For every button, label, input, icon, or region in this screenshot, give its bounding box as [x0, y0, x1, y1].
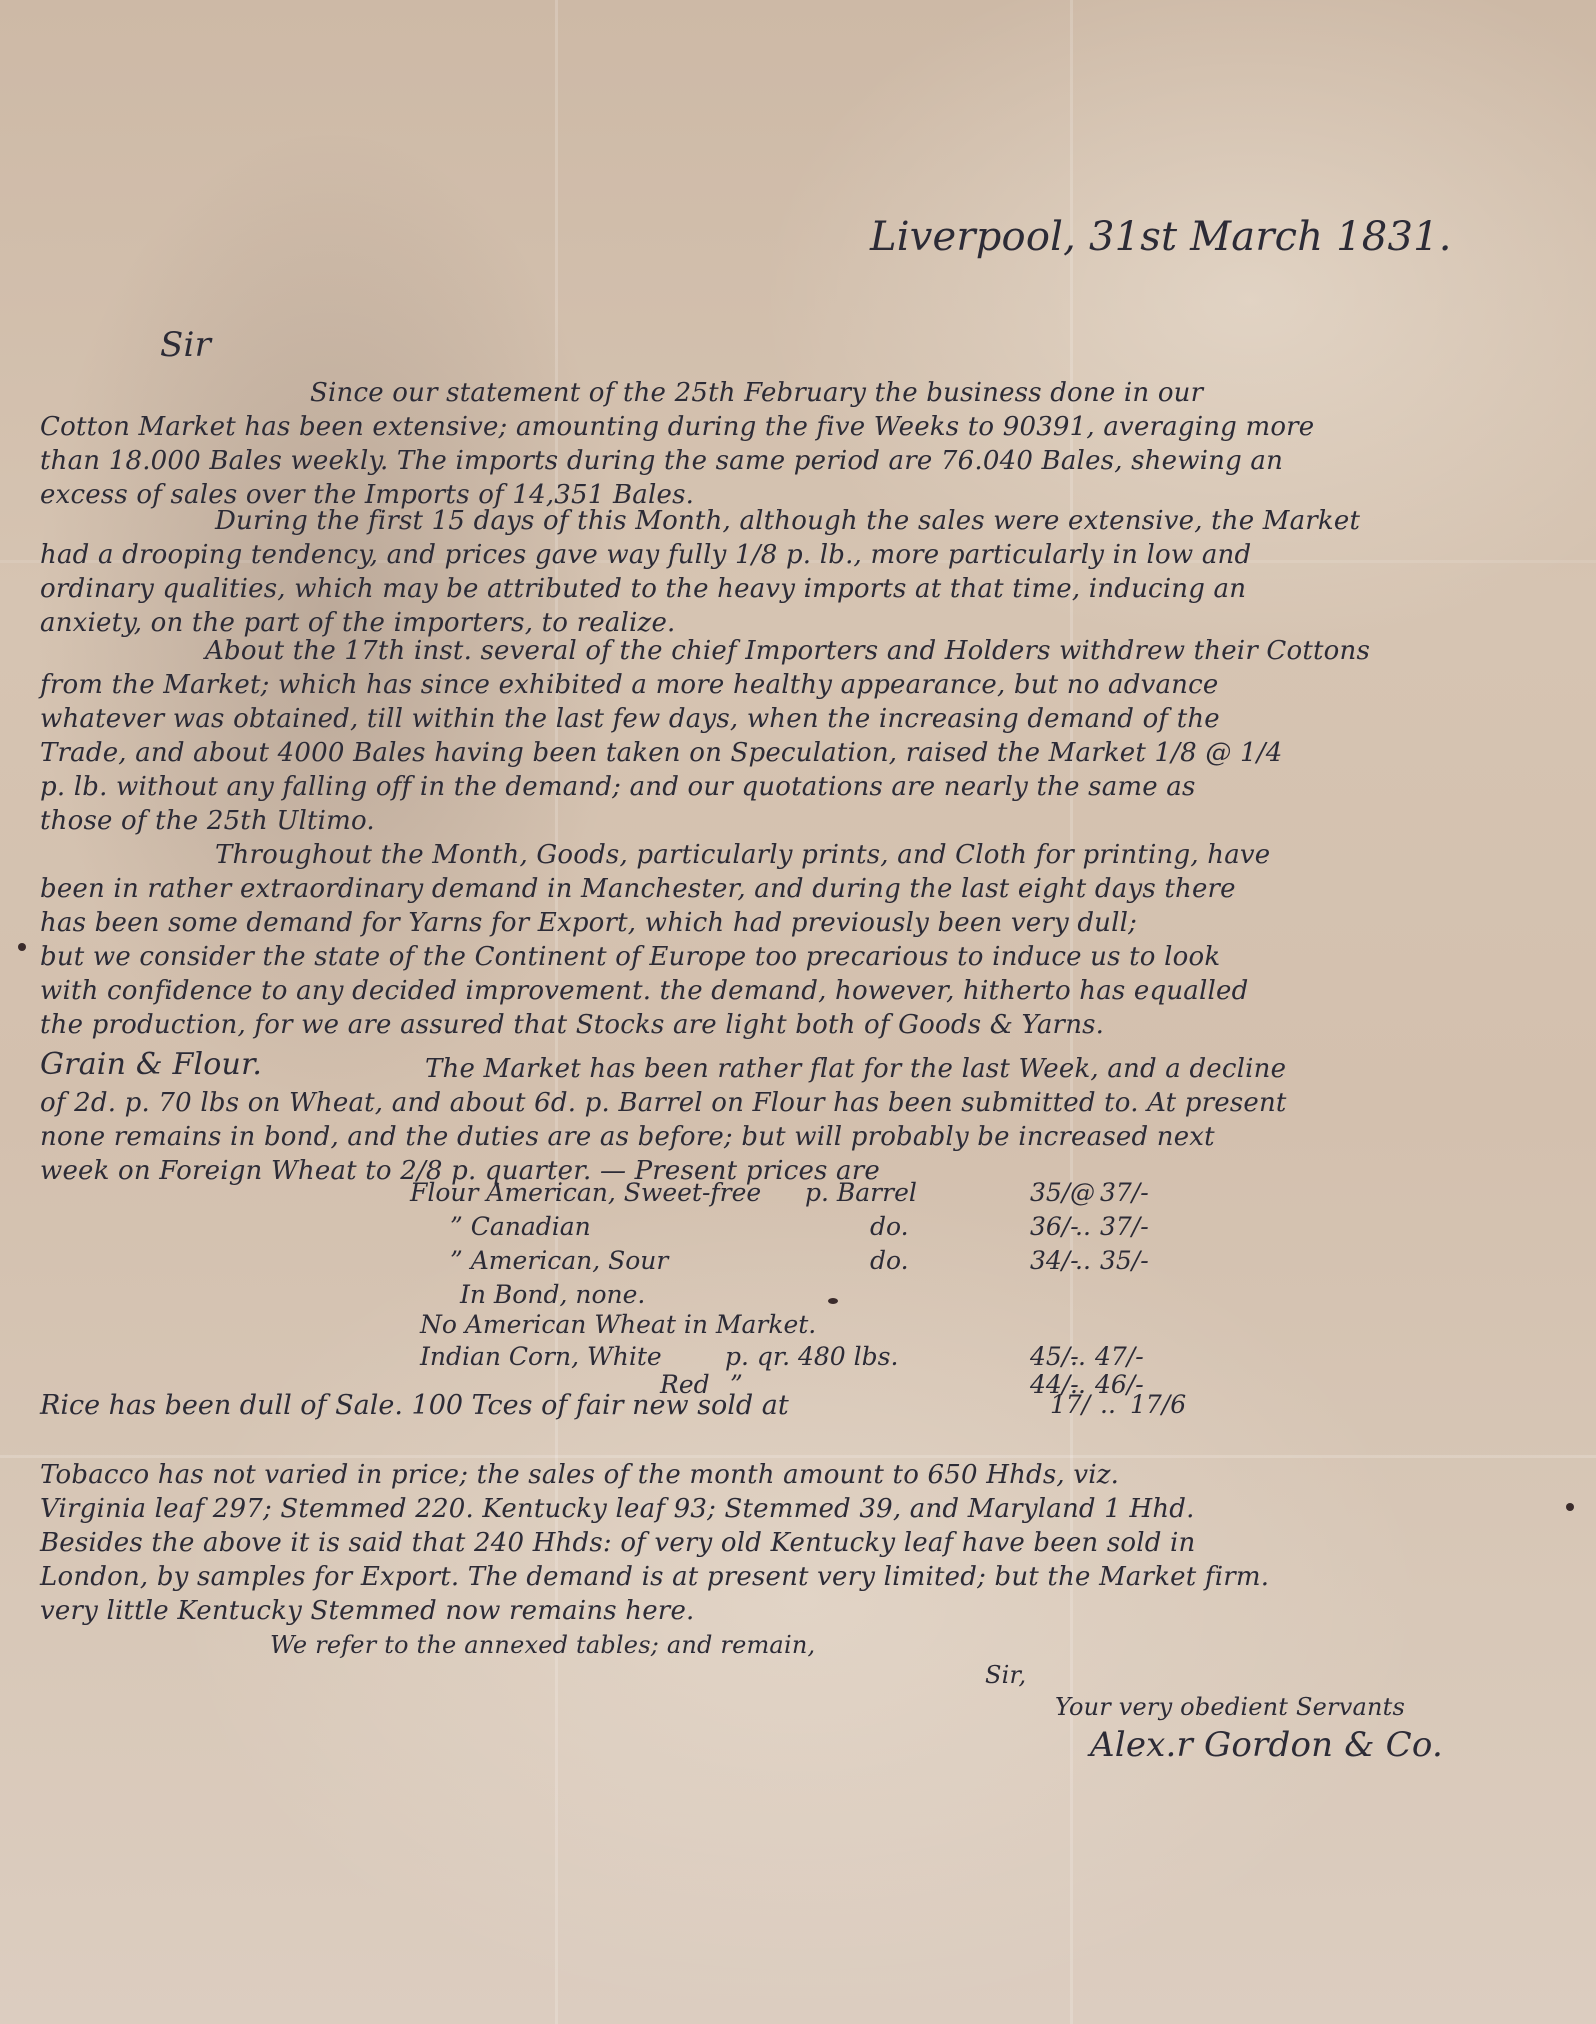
salutation: Sir	[160, 330, 211, 360]
rice-low-price: 17/	[1050, 1390, 1090, 1419]
price-unit: p. Barrel	[805, 1178, 917, 1207]
first-half-line-4: anxiety, on the part of the importers, t…	[40, 608, 676, 638]
cotton-line-3: than 18.000 Bales weekly. The imports du…	[40, 446, 1283, 476]
tobacco-line-1: Tobacco has not varied in price; the sal…	[40, 1460, 1119, 1490]
letter-page: Liverpool, 31st March 1831. Sir Since ou…	[0, 0, 1596, 2024]
price-unit: p. qr. 480 lbs.	[725, 1342, 898, 1371]
price-item: Flour American, Sweet-free	[410, 1178, 761, 1207]
tobacco-line-3: Besides the above it is said that 240 Hh…	[40, 1528, 1196, 1558]
price-sep: ..	[1075, 1246, 1091, 1275]
rice-high-price: 17/6	[1130, 1390, 1186, 1419]
grain-line-2: of 2d. p. 70 lbs on Wheat, and about 6d.…	[40, 1088, 1287, 1118]
ink-spot	[1566, 1503, 1574, 1511]
goods-line-2: been in rather extraordinary demand in M…	[40, 874, 1236, 904]
price-sep: ..	[1075, 1212, 1091, 1241]
importers-line-1: About the 17th inst. several of the chie…	[205, 636, 1370, 666]
price-unit: do.	[870, 1212, 909, 1241]
price-high: 37/-	[1100, 1178, 1149, 1207]
importers-line-6: those of the 25th Ultimo.	[40, 806, 375, 836]
price-high: 37/-	[1100, 1212, 1149, 1241]
price-low: 35/	[1030, 1178, 1070, 1207]
rice-sep: ..	[1100, 1390, 1116, 1419]
ink-spot	[18, 943, 26, 951]
dateline: Liverpool, 31st March 1831.	[870, 222, 1452, 252]
price-unit: do.	[870, 1246, 909, 1275]
price-low: 34/-	[1030, 1246, 1079, 1275]
cotton-line-2: Cotton Market has been extensive; amount…	[40, 412, 1314, 442]
price-item: ” American, Sour	[450, 1246, 668, 1275]
price-high: 35/-	[1100, 1246, 1149, 1275]
rice-text: Rice has been dull of Sale. 100 Tces of …	[40, 1390, 789, 1421]
price-item: In Bond, none.	[460, 1280, 645, 1309]
importers-line-2: from the Market; which has since exhibit…	[40, 670, 1218, 700]
tobacco-line-4: London, by samples for Export. The deman…	[40, 1562, 1269, 1592]
goods-line-5: with confidence to any decided improveme…	[40, 976, 1248, 1006]
price-sep: @	[1070, 1178, 1095, 1207]
importers-line-3: whatever was obtained, till within the l…	[40, 704, 1220, 734]
tobacco-line-2: Virginia leaf 297; Stemmed 220. Kentucky…	[40, 1494, 1195, 1524]
cotton-line-1: Since our statement of the 25th February…	[310, 378, 1203, 408]
closing-line: We refer to the annexed tables; and rema…	[270, 1630, 815, 1660]
closing-sir: Sir,	[985, 1660, 1026, 1690]
importers-line-4: Trade, and about 4000 Bales having been …	[40, 738, 1283, 768]
price-item: Indian Corn, White	[420, 1342, 662, 1371]
price-sep: ..	[1070, 1342, 1086, 1371]
ink-spot	[828, 1298, 838, 1304]
valediction: Your very obedient Servants	[1055, 1692, 1405, 1722]
grain-line-1: The Market has been rather flat for the …	[425, 1054, 1286, 1084]
first-half-line-1: During the first 15 days of this Month, …	[215, 506, 1360, 536]
grain-heading: Grain & Flour.	[40, 1050, 262, 1080]
price-item: ” Canadian	[450, 1212, 591, 1241]
price-low: 36/-	[1030, 1212, 1079, 1241]
signature: Alex.r Gordon & Co.	[1090, 1730, 1443, 1760]
fold-crease	[0, 1455, 1596, 1458]
first-half-line-3: ordinary qualities, which may be attribu…	[40, 574, 1246, 604]
price-item: No American Wheat in Market.	[420, 1310, 816, 1339]
goods-line-1: Throughout the Month, Goods, particularl…	[215, 840, 1270, 870]
goods-line-6: the production, for we are assured that …	[40, 1010, 1104, 1040]
tobacco-line-5: very little Kentucky Stemmed now remains…	[40, 1596, 695, 1626]
grain-line-3: none remains in bond, and the duties are…	[40, 1122, 1215, 1152]
first-half-line-2: had a drooping tendency, and prices gave…	[40, 540, 1251, 570]
goods-line-4: but we consider the state of the Contine…	[40, 942, 1220, 972]
price-high: 47/-	[1095, 1342, 1144, 1371]
goods-line-3: has been some demand for Yarns for Expor…	[40, 908, 1137, 938]
importers-line-5: p. lb. without any falling off in the de…	[40, 772, 1196, 802]
